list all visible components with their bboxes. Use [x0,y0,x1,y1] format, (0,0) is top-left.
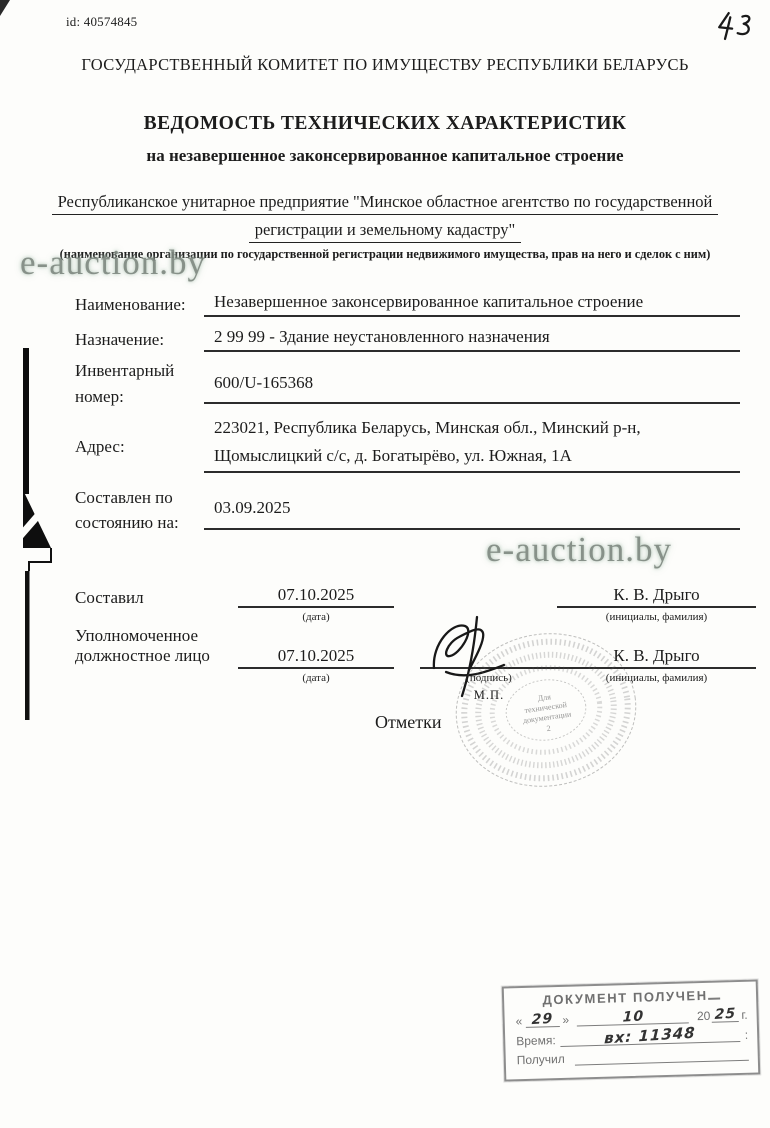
handwritten-page-number [712,6,760,54]
quote-close: » [562,1013,569,1027]
handwritten-year: 25 [714,1008,736,1022]
svg-text:документации: документации [522,709,572,725]
received-day-field: 29 [525,1012,559,1028]
scan-corner-artifact [0,0,14,18]
field-name-value: Незавершенное законсервированное капитал… [204,292,740,317]
document-subtitle: на незавершенное законсервированное капи… [0,146,770,166]
composed-date-cell: 07.10.2025 (дата) [238,585,394,623]
date-caption2: (дата) [238,669,394,684]
handwritten-day: 29 [531,1013,553,1027]
received-month-field: 10 [577,1008,689,1026]
time-label: Время: [516,1033,556,1048]
field-inventory-value: 600/U-165368 [204,373,740,404]
signature-line [420,646,558,669]
official-date-cell: 07.10.2025 (дата) [238,646,394,684]
received-stamp-title-text: ДОКУМЕНТ ПОЛУЧЕН [542,988,708,1008]
field-address-label: Адрес: [75,434,125,460]
document-id-label: id: 40574845 [66,14,137,30]
quote-open: « [516,1014,523,1028]
official-label: Уполномоченное должностное лицо [75,626,245,666]
handwritten-month: 10 [622,1010,644,1024]
signature-caption: (подпись) [420,669,558,684]
received-by-label: Получил [517,1052,565,1067]
name-caption: (инициалы, фамилия) [557,608,756,623]
address-line2: Щомыслицкий с/с, д. Богатырёво, ул. Южна… [214,442,740,470]
date-caption: (дата) [238,608,394,623]
field-address-value: 223021, Республика Беларусь, Минская обл… [204,414,740,473]
composed-name-value: К. В. Дрыго [557,585,756,608]
organization-name-line1: Республиканское унитарное предприятие "М… [0,192,770,215]
year-suffix: г. [741,1008,748,1022]
field-asof-label: Составлен по состоянию на: [75,485,205,535]
address-line1: 223021, Республика Беларусь, Минская обл… [214,414,740,442]
marks-label: Отметки [375,712,442,733]
organization-name-line2: регистрации и земельному кадастру" [0,220,770,243]
time-suffix: : [745,1028,749,1042]
year-century: 20 [697,1009,711,1023]
handwritten-time-value: вх: 11348 [604,1027,696,1046]
scanned-document-page: id: 40574845 ГОСУДАРСТВЕННЫЙ КОМИТЕТ ПО … [0,0,770,1128]
field-purpose-label: Назначение: [75,327,164,353]
composed-by-label: Составил [75,585,144,611]
composed-name-cell: К. В. Дрыго (инициалы, фамилия) [557,585,756,623]
official-name-cell: К. В. Дрыго (инициалы, фамилия) [557,646,756,684]
organization-name-line2-text: регистрации и земельному кадастру" [249,220,522,243]
left-edge-fold-artifact [15,340,65,730]
committee-header: ГОСУДАРСТВЕННЫЙ КОМИТЕТ ПО ИМУЩЕСТВУ РЕС… [0,55,770,75]
document-title: ВЕДОМОСТЬ ТЕХНИЧЕСКИХ ХАРАКТЕРИСТИК [0,113,770,135]
official-name-value: К. В. Дрыго [557,646,756,669]
field-name-label: Наименование: [75,292,186,318]
received-stamp-date-row: « 29 » 10 20 25 г. [515,1007,747,1028]
received-stamp-receiver-row: Получил [517,1047,749,1067]
watermark-e-auction-left: e-auction.by [20,243,206,283]
document-received-stamp: ДОКУМЕНТ ПОЛУЧЕН « 29 » 10 20 25 г. Врем… [502,979,761,1081]
received-stamp-time-row: Время: вх: 11348 : [516,1027,748,1048]
seal-place-caption: М.П. [420,684,558,703]
svg-text:2: 2 [546,724,551,733]
received-stamp-title: ДОКУМЕНТ ПОЛУЧЕН [515,987,747,1008]
received-stamp-title-dash [707,988,719,1000]
received-year-field: 25 [711,1007,738,1023]
field-asof-value: 03.09.2025 [204,498,740,530]
name-caption2: (инициалы, фамилия) [557,669,756,684]
official-date-value: 07.10.2025 [238,646,394,669]
signature-cell: (подпись) М.П. [420,646,558,703]
composed-date-value: 07.10.2025 [238,585,394,608]
organization-name-line1-text: Республиканское унитарное предприятие "М… [52,192,719,215]
field-inventory-label: Инвентарный номер: [75,358,195,410]
watermark-e-auction-right: e-auction.by [486,530,672,570]
field-purpose-value: 2 99 99 - Здание неустановленного назнач… [204,327,740,352]
time-field: вх: 11348 [560,1027,740,1047]
received-by-field [575,1048,749,1066]
